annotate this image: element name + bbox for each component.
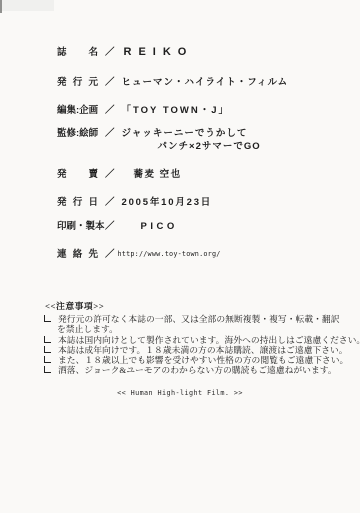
checkbox-bullet-icon <box>44 346 51 353</box>
slash-separator: ／ <box>105 104 115 117</box>
field-value-contact-url: http://www.toy-town.org/ <box>118 248 221 261</box>
checkbox-bullet-icon <box>44 336 51 343</box>
field-value-publisher: ヒューマン・ハイライト・フィルム <box>122 76 289 89</box>
slash-separator: ／ <box>105 248 115 261</box>
notice-item: 洒落、ジョーク&ユーモアのわからない方の購読もご遠慮ねがいます。 <box>44 365 356 375</box>
field-value-supervision: ジャッキーニーでうかして パンチ×2サマーでGO <box>122 127 261 153</box>
colophon-row-title: 誌名 ／ REIKO <box>57 46 193 59</box>
checkbox-bullet-icon <box>44 315 51 322</box>
colophon-page: 誌名 ／ REIKO 発行元 ／ ヒューマン・ハイライト・フィルム 編集:企画 … <box>0 0 360 513</box>
notice-section: <<注意事項>> 発行元の許可なく本誌の一部、又は全部の無断複製・複写・転載・翻… <box>44 301 356 375</box>
field-label-pubdate: 発行日 <box>57 196 98 209</box>
field-value-printing: PICO <box>141 220 178 233</box>
colophon-row-sales: 発賣 ／ 蕎麦 空也 <box>57 168 182 181</box>
colophon-row-pubdate: 発行日 ／ 2005年10月23日 <box>57 196 212 209</box>
field-label-contact: 連絡先 <box>57 248 98 261</box>
notice-item: また、１８歳以上でも影響を受けやすい性格の方の閲覧もご遠慮下さい。 <box>44 355 356 365</box>
slash-separator: ／ <box>105 76 115 89</box>
colophon-row-printing: 印刷・製本 ／ PICO <box>57 220 178 233</box>
supervision-line2: パンチ×2サマーでGO <box>158 140 261 153</box>
notice-item: 本誌は成年向けです。１８歳未満の方の本誌購読、譲渡はご遠慮下さい。 <box>44 345 356 355</box>
supervision-line1: ジャッキーニーでうかして <box>122 127 261 140</box>
field-label-sales: 発賣 <box>57 168 98 181</box>
circle-footer: << Human High-light Film. >> <box>0 389 360 397</box>
field-label-supervision: 監修:絵師 <box>57 127 98 140</box>
colophon-row-supervision: 監修:絵師 ／ ジャッキーニーでうかして パンチ×2サマーでGO <box>57 127 261 153</box>
notice-item-text: 本誌は成年向けです。１８歳未満の方の本誌購読、譲渡はご遠慮下さい。 <box>58 345 348 355</box>
slash-separator: ／ <box>105 196 115 209</box>
field-value-sales: 蕎麦 空也 <box>134 168 182 181</box>
field-label-editing: 編集:企画 <box>57 104 98 117</box>
notice-item-text: 本誌は国内向けとして製作されています。海外への持出しはご遠慮ください。 <box>58 335 360 345</box>
scan-corner-artifact <box>2 0 54 11</box>
notice-item-text: また、１８歳以上でも影響を受けやすい性格の方の閲覧もご遠慮下さい。 <box>58 355 348 365</box>
field-value-pubdate: 2005年10月23日 <box>122 196 213 209</box>
notice-title: <<注意事項>> <box>45 301 356 311</box>
colophon-row-editing: 編集:企画 ／ 「TOY TOWN・J」 <box>57 104 230 117</box>
slash-separator: ／ <box>105 220 115 233</box>
field-label-publisher: 発行元 <box>57 76 98 89</box>
notice-item-text: 洒落、ジョーク&ユーモアのわからない方の購読もご遠慮ねがいます。 <box>58 365 337 375</box>
notice-item: 発行元の許可なく本誌の一部、又は全部の無断複製・複写・転載・翻訳 <box>44 314 356 324</box>
checkbox-bullet-icon <box>44 356 51 363</box>
slash-separator: ／ <box>105 168 115 181</box>
notice-item: 本誌は国内向けとして製作されています。海外への持出しはご遠慮ください。 <box>44 335 356 345</box>
field-label-printing: 印刷・製本 <box>57 220 98 233</box>
colophon-row-contact: 連絡先 ／ http://www.toy-town.org/ <box>57 248 221 261</box>
notice-item-continuation: を禁止します。 <box>57 324 356 334</box>
colophon-row-publisher: 発行元 ／ ヒューマン・ハイライト・フィルム <box>57 76 288 89</box>
field-label-title: 誌名 <box>57 46 98 59</box>
checkbox-bullet-icon <box>44 366 51 373</box>
notice-item-text: 発行元の許可なく本誌の一部、又は全部の無断複製・複写・転載・翻訳 <box>58 314 340 324</box>
field-value-title: REIKO <box>124 46 194 59</box>
slash-separator: ／ <box>105 46 115 59</box>
field-value-editing: 「TOY TOWN・J」 <box>122 104 230 117</box>
slash-separator: ／ <box>105 127 115 140</box>
